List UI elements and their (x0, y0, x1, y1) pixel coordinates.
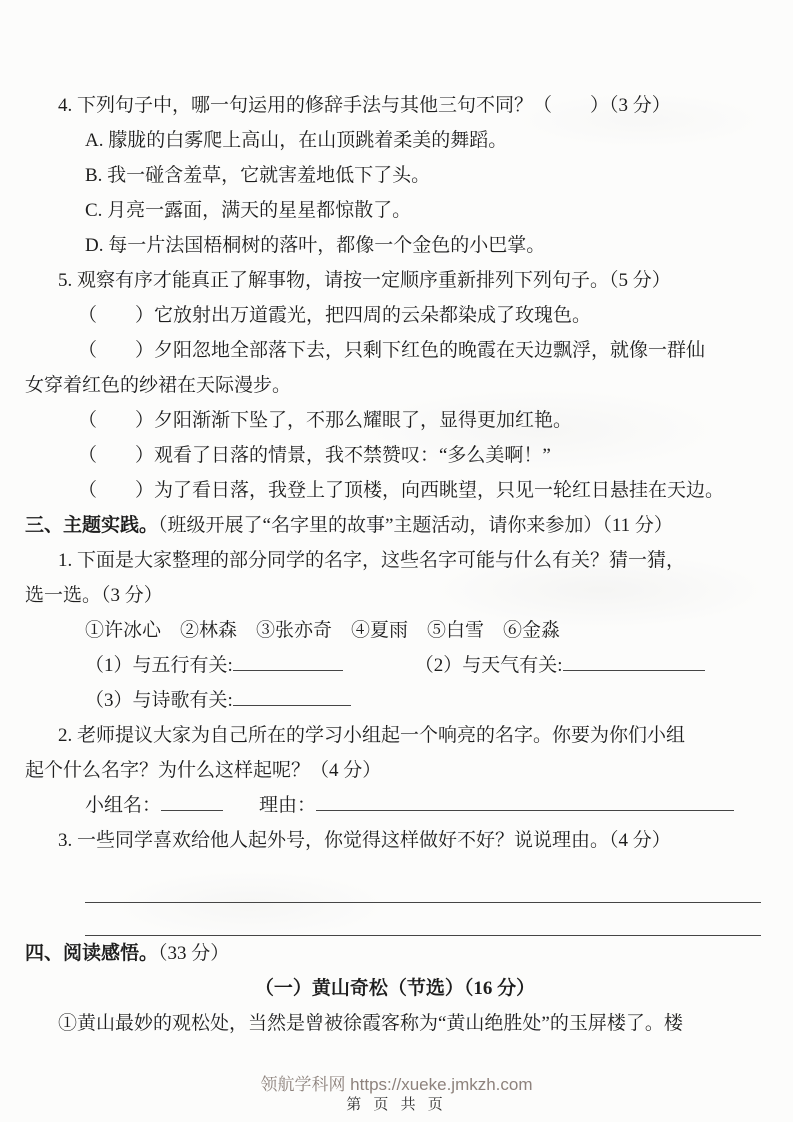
answer-line (85, 903, 761, 936)
passage-first-line: ①黄山最妙的观松处，当然是曾被徐霞客称为“黄山绝胜处”的玉屏楼了。楼 (25, 1006, 765, 1041)
s3-q2-stem-line-1: 2. 老师提议大家为自己所在的学习小组起一个响亮的名字。你要为你们小组 (25, 718, 765, 753)
s3-q1-stem-line-2: 选一选。（3 分） (25, 578, 765, 613)
section-3-header: 三、主题实践。（班级开展了“名字里的故事”主题活动，请你来参加）（11 分） (25, 508, 765, 543)
s3-q2-stem-line-2: 起个什么名字？为什么这样起呢？（4 分） (25, 753, 765, 788)
poetry-label: （3）与诗歌有关: (85, 690, 233, 711)
section-4-header: 四、阅读感悟。（33 分） (25, 936, 765, 971)
question-4-option-c: C. 月亮一露面，满天的星星都惊散了。 (25, 193, 765, 228)
five-elements-label: （1）与五行有关: (85, 655, 233, 676)
answer-blank (233, 686, 351, 706)
s3-q2-answer-row: 小组名：理由： (25, 788, 765, 823)
s3-q1-name-list: ①许冰心 ②林森 ③张亦奇 ④夏雨 ⑤白雪 ⑥金淼 (25, 613, 765, 648)
question-5-item-4: （ ）观看了日落的情景，我不禁赞叹：“多么美啊！” (25, 438, 765, 473)
answer-line (85, 870, 761, 903)
weather-label: （2）与天气有关: (415, 655, 563, 676)
passage-title: （一）黄山奇松（节选）（16 分） (25, 971, 765, 1006)
question-5-item-2-line-1: （ ）夕阳忽地全部落下去，只剩下红色的晚霞在天边飘浮，就像一群仙 (25, 333, 765, 368)
s3-q1-stem-line-1: 1. 下面是大家整理的部分同学的名字，这些名字可能与什么有关？猜一猜， (25, 543, 765, 578)
s3-q1-blank-row-1: （1）与五行有关:（2）与天气有关: (25, 648, 765, 683)
exam-content: 4. 下列句子中，哪一句运用的修辞手法与其他三句不同？（ ）（3 分） A. 朦… (25, 88, 765, 1041)
exam-page: 4. 下列句子中，哪一句运用的修辞手法与其他三句不同？（ ）（3 分） A. 朦… (0, 0, 793, 1122)
question-4-option-d: D. 每一片法国梧桐树的落叶，都像一个金色的小巴掌。 (25, 228, 765, 263)
question-4-option-a: A. 朦胧的白雾爬上高山，在山顶跳着柔美的舞蹈。 (25, 123, 765, 158)
question-5-item-2-line-2: 女穿着红色的纱裙在天际漫步。 (25, 368, 765, 403)
s3-q1-blank-row-2: （3）与诗歌有关: (25, 683, 765, 718)
watermark-link: 领航学科网 https://xueke.jmkzh.com (0, 1070, 793, 1095)
answer-blank (316, 791, 734, 811)
answer-blank (233, 651, 343, 671)
question-4-stem: 4. 下列句子中，哪一句运用的修辞手法与其他三句不同？（ ）（3 分） (25, 88, 765, 123)
question-5-stem: 5. 观察有序才能真正了解事物，请按一定顺序重新排列下列句子。（5 分） (25, 263, 765, 298)
section-4-score: （33 分） (158, 943, 229, 964)
group-name-label: 小组名： (85, 795, 161, 816)
section-3-subtitle: （班级开展了“名字里的故事”主题活动，请你来参加）（11 分） (158, 515, 673, 536)
answer-blank (563, 651, 705, 671)
section-3-title: 三、主题实践。 (25, 515, 158, 536)
s3-q3-stem: 3. 一些同学喜欢给他人起外号，你觉得这样做好不好？说说理由。（4 分） (25, 823, 765, 858)
reason-label: 理由： (259, 795, 316, 816)
question-5-item-5: （ ）为了看日落，我登上了顶楼，向西眺望，只见一轮红日悬挂在天边。 (25, 473, 765, 508)
page-number-footer: 第 页 共 页 (0, 1093, 793, 1114)
question-5-item-1: （ ）它放射出万道霞光，把四周的云朵都染成了玫瑰色。 (25, 298, 765, 333)
answer-blank (161, 791, 223, 811)
question-5-item-3: （ ）夕阳渐渐下坠了，不那么耀眼了，显得更加红艳。 (25, 403, 765, 438)
question-4-option-b: B. 我一碰含羞草，它就害羞地低下了头。 (25, 158, 765, 193)
section-4-title: 四、阅读感悟。 (25, 943, 158, 964)
